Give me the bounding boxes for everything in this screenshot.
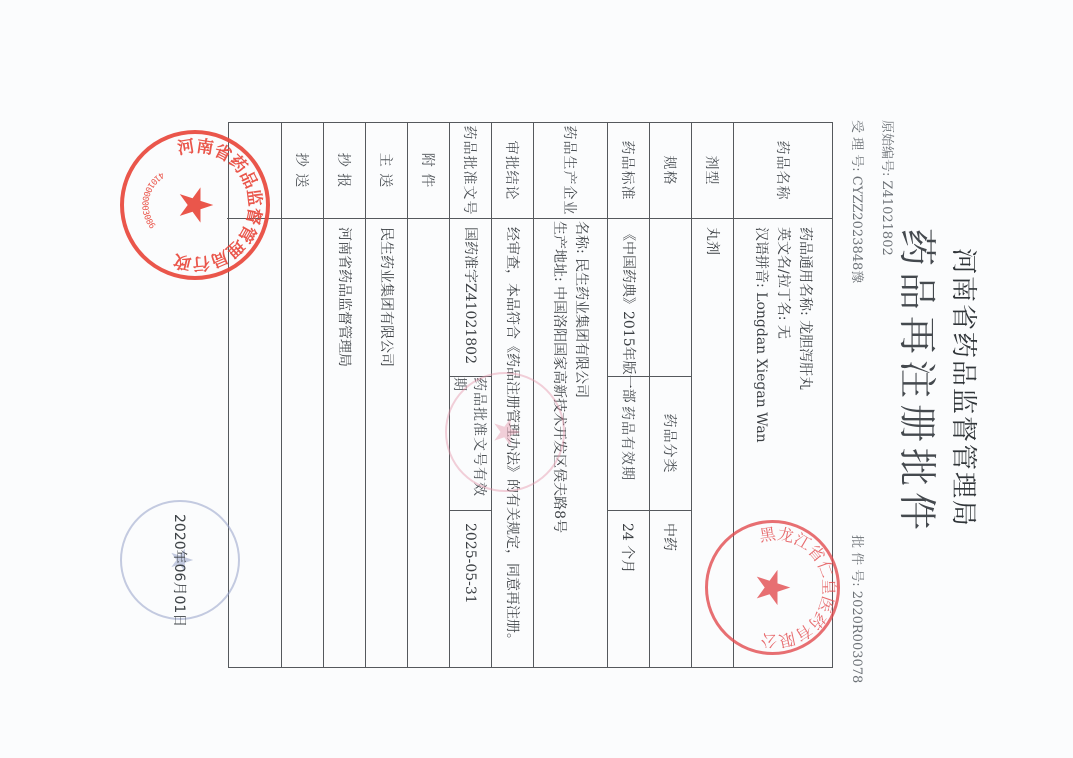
value-drug-category: 中药 [650, 515, 691, 663]
approval-number: 批 件 号: 2020R003078 [849, 535, 868, 683]
star-icon: ★ [173, 184, 219, 225]
row-main-recipient: 主 送 民生药业集团有限公司 [366, 123, 408, 667]
label-conclusion: 审批结论 [492, 123, 533, 219]
company-seal: 黑龙江省仁皇医药有限公司 ★ [705, 520, 840, 655]
label-approval-doc: 药品批准文号 [450, 123, 491, 219]
label-attachment: 附 件 [408, 123, 449, 219]
row-specification: 规格 药品分类 中药 [650, 123, 692, 667]
faint-seal: ★ [445, 372, 565, 492]
value-cc-report: 河南省药品监督管理局 [324, 227, 365, 663]
approval-number-value: 2020R003078 [849, 591, 864, 684]
value-approval-validity: 2025-05-31 [450, 515, 491, 663]
label-main-recipient: 主 送 [366, 123, 407, 219]
value-cc-send [282, 227, 323, 663]
issuing-agency: 河南省药品监督管理局 [947, 248, 984, 528]
acceptance-number-label: 受 理 号: [849, 120, 864, 172]
row-standard: 药品标准 《中国药典》2015年版一部 药品有效期 24 个月 [608, 123, 650, 667]
approval-document: 河南省药品监督管理局 药品再注册批件 原始编号: Z41021802 受 理 号… [0, 0, 1010, 758]
value-attachment [408, 227, 449, 663]
value-shelf-life: 24 个月 [608, 515, 649, 663]
label-specification: 规格 [650, 123, 691, 219]
label-manufacturer: 药品生产企业 [534, 123, 607, 219]
original-number-label: 原始编号: [879, 120, 894, 176]
approval-number-label: 批 件 号: [849, 535, 864, 587]
issuer-seal: 河南省药品监督管理局行政许可专用章 4101000003086 ★ [120, 130, 270, 280]
original-number-value: Z41021802 [879, 181, 894, 256]
row-cc-report: 抄 报 河南省药品监督管理局 [324, 123, 366, 667]
svg-text:4101000003086: 4101000003086 [139, 169, 165, 231]
label-cc-send: 抄 送 [282, 123, 323, 219]
star-icon: ★ [488, 416, 524, 448]
label-shelf-life: 药品有效期 [608, 376, 649, 511]
issue-date: 2020年06月01日 [170, 514, 190, 627]
value-blank [227, 227, 281, 663]
acceptance-number-value: CYZZ2023848豫 [849, 176, 864, 284]
document-title: 药品再注册批件 [893, 228, 948, 536]
row-attachment: 附 件 [408, 123, 450, 667]
label-drug-name: 药品名称 [734, 123, 832, 219]
label-drug-category: 药品分类 [650, 376, 691, 511]
label-standard: 药品标准 [608, 123, 649, 219]
acceptance-number: 受 理 号: CYZZ2023848豫 [849, 120, 868, 283]
original-number: 原始编号: Z41021802 [879, 120, 898, 256]
star-icon: ★ [750, 567, 796, 608]
manufacturer-name: 名称: 民生药业集团有限公司 [571, 221, 593, 663]
row-cc-send: 抄 送 [282, 123, 324, 667]
label-cc-report: 抄 报 [324, 123, 365, 219]
label-dosage-form: 剂型 [692, 123, 733, 219]
value-main-recipient: 民生药业集团有限公司 [366, 227, 407, 663]
